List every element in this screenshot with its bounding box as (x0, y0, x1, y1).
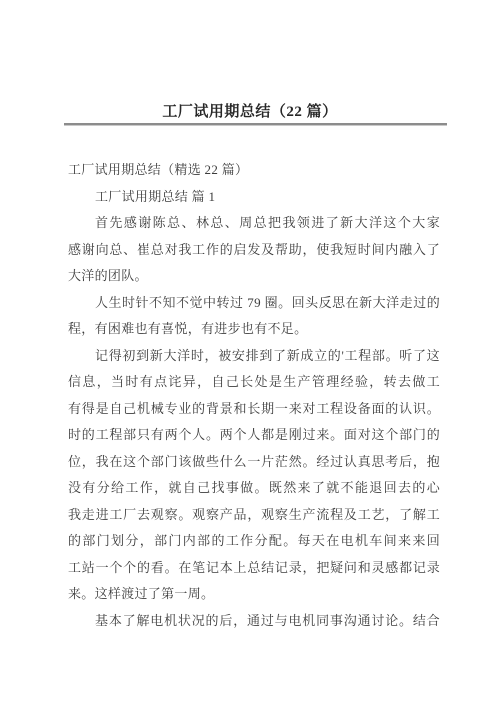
text-line: 的部门划分，部门内部的工作分配。每天在电机车间来来回回， (68, 528, 440, 555)
document-body: 工厂试用期总结（精选 22 篇）工厂试用期总结 篇 1首先感谢陈总、林总、周总把… (68, 157, 440, 634)
text-line: 人生时针不知不觉中转过 79 圈。回头反思在新大洋走过的历 (68, 290, 440, 317)
text-line: 首先感谢陈总、林总、周总把我领进了新大洋这个大家庭。 (68, 210, 440, 237)
title-divider (64, 123, 447, 125)
text-line: 有得是自己机械专业的背景和长期一来对工程设备面的认识。当 (68, 396, 440, 423)
text-line: 感谢向总、崔总对我工作的启发及帮助，使我短时间内融入了新 (68, 237, 440, 264)
text-line: 工厂试用期总结 篇 1 (68, 184, 440, 211)
text-line: 基本了解电机状况的后，通过与电机同事沟通讨论。结合自 (68, 608, 440, 635)
text-line: 工站一个个的看。在笔记本上总结记录，把疑问和灵感都记录下 (68, 555, 440, 582)
text-line: 记得初到新大洋时，被安排到了新成立的'工程部。听了这个 (68, 343, 440, 370)
text-line: 信息，当时有点诧异，自己长处是生产管理经验，转去做工程， (68, 369, 440, 396)
text-line: 来。这样渡过了第一周。 (68, 581, 440, 608)
text-line: 大洋的团队。 (68, 263, 440, 290)
text-line: 没有分给工作，就自己找事做。既然来了就不能退回去的心态。 (68, 475, 440, 502)
document-page: 工厂试用期总结（22 篇） 工厂试用期总结（精选 22 篇）工厂试用期总结 篇 … (0, 0, 500, 708)
text-line: 工厂试用期总结（精选 22 篇） (68, 157, 440, 184)
text-line: 我走进工厂去观察。观察产品，观察生产流程及工艺，了解工厂 (68, 502, 440, 529)
text-line: 位，我在这个部门该做些什么一片茫然。经过认真思考后，抱着 (68, 449, 440, 476)
document-title: 工厂试用期总结（22 篇） (0, 100, 500, 121)
text-line: 程，有困难也有喜悦，有进步也有不足。 (68, 316, 440, 343)
text-line: 时的工程部只有两个人。两个人都是刚过来。面对这个部门的定 (68, 422, 440, 449)
